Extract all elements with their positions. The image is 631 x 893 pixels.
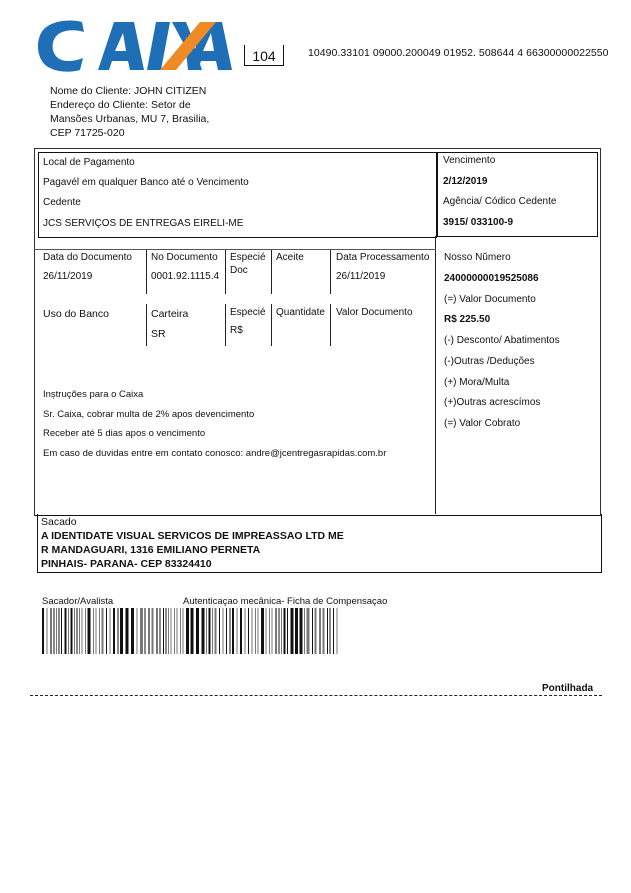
nosso-numero-label: Nosso Nŭmero [444,252,511,263]
vencimento-label: Vencimento [443,155,495,166]
column-divider [146,304,147,346]
client-address-line: Endereço do Cliente: Setor de [50,98,240,112]
pontilhada-label: Pontilhada [542,683,593,694]
especie-label: Especié [230,307,266,318]
carteira-value: SR [151,328,166,340]
caixa-logo [36,18,232,74]
sacador-avalista-label: Sacador/Avalista [42,596,113,607]
valor-cobrado-label: (=) Valor Cobrato [444,418,520,429]
desconto-label: (-) Desconto/ Abatimentos [444,335,560,346]
row-divider [34,249,436,250]
valor-documento-right-value: R$ 225.50 [444,314,490,325]
instruction-line: Em caso de duvidas entre em contato cono… [43,444,386,464]
column-divider [330,250,331,294]
agencia-label: Agência/ Códico Cedente [443,196,556,207]
right-column-divider [435,236,436,514]
especie-doc-label-2: Doc [230,265,248,276]
local-pagamento-label: Local de Pagamento [43,157,135,168]
quantidade-label: Quantidate [276,307,325,318]
cedente-value: JCS SERVIÇOS DE ENTREGAS EIRELI-ME [43,218,243,229]
nosso-numero-value: 24000000019525086 [444,273,539,284]
sacado-block: Sacado A IDENTIDATE VISUAL SERVICOS DE I… [41,515,344,571]
no-documento-label: No Documento [151,252,218,263]
barcode [42,608,342,654]
sacado-line: PINHAIS- PARANA- CEP 83324410 [41,557,344,571]
agencia-value: 3915/ 033100-9 [443,217,513,228]
column-divider [146,250,147,294]
instruction-line: Receber até 5 dias apos o vencimento [43,424,386,444]
sacado-line: A IDENTIDATE VISUAL SERVICOS DE IMPREASS… [41,529,344,543]
client-address-line: CEP 71725-020 [50,126,240,140]
uso-banco-label: Uso do Banco [43,308,109,320]
local-pagamento-value: Pagavél em qualquer Banco até o Vencimen… [43,177,249,188]
sacado-line: R MANDAGUARI, 1316 EMILIANO PERNETA [41,543,344,557]
no-documento-value: 0001.92.1115.4 [151,271,219,282]
column-divider [225,304,226,346]
especie-doc-label: Especié [230,252,266,263]
data-documento-label: Data do Documento [43,252,132,263]
linha-digitavel: 10490.33101 09000.200049 01952. 508644 4… [308,47,609,59]
instructions-title: Inștruções para o Caixa [43,385,386,405]
especie-value: R$ [230,325,243,336]
data-processamento-label: Data Processamento [336,252,429,263]
cedente-label: Cedente [43,197,81,208]
column-divider [271,250,272,294]
column-divider [330,304,331,346]
valor-documento-label: Valor Documento [336,307,413,318]
cut-line [30,695,602,696]
bank-code: 104 [244,45,284,66]
carteira-label: Carteira [151,308,188,320]
outros-acrescimos-label: (+)Outras acrescímos [444,397,540,408]
instruction-line: Sr. Caixa, cobrar multa de 2% apos deven… [43,405,386,425]
instructions-block: Inștruções para o Caixa Sr. Caixa, cobra… [43,385,386,463]
outras-deducoes-label: (-)Outras /Deduções [444,356,535,367]
client-name: Nome do Cliente: JOHN CITIZEN [50,84,240,98]
valor-documento-right-label: (=) Valor Documento [444,294,536,305]
column-divider [225,250,226,294]
sacado-label: Sacado [41,515,344,529]
aceite-label: Aceite [276,252,304,263]
client-info: Nome do Cliente: JOHN CITIZEN Endereço d… [50,84,240,140]
data-processamento-value: 26/11/2019 [336,271,385,282]
data-documento-value: 26/11/2019 [43,271,92,282]
vencimento-value: 2/12/2019 [443,176,488,187]
autenticacao-label: Autenticaçao mecânica- Ficha de Compensa… [183,596,387,607]
column-divider [271,304,272,346]
client-address-line: Mansões Urbanas, MU 7, Brasilia, [50,112,240,126]
mora-multa-label: (+) Mora/Multa [444,377,509,388]
